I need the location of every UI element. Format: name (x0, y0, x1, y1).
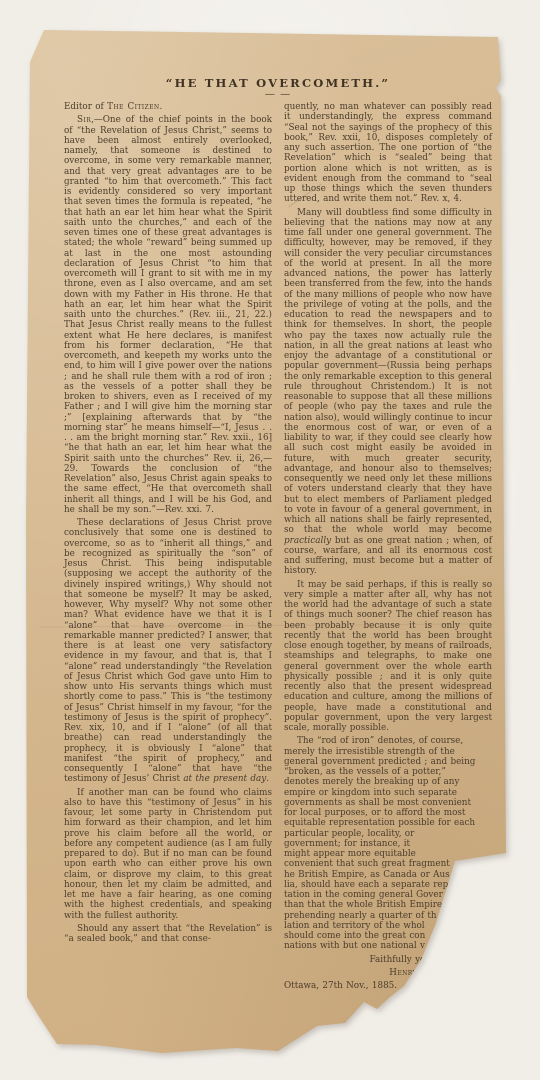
torn-line: than that the whole British Empire (284, 900, 492, 910)
paragraph: It may be said perhaps, if this is reall… (284, 580, 492, 734)
paragraph: These declarations of Jesus Christ prove… (64, 518, 272, 785)
title-divider: — — (64, 90, 492, 102)
torn-line: The “rod of iron” denotes, of course, (284, 736, 492, 746)
torn-line: government; for instance, it (284, 839, 492, 849)
torn-line: for local purposes, or to afford the mos… (284, 808, 492, 818)
dateline: Ottawa, 27th Nov., 1885. (284, 981, 492, 991)
closing: Faithfully yours, (284, 955, 492, 965)
torn-line: lation and territory of the whol (284, 921, 492, 931)
torn-line: lia, should have each a separate repr (284, 880, 492, 890)
newspaper-clipping: “HE THAT OVERCOMETH.” — — Editor of The … (0, 0, 540, 1080)
right-column: quently, no man whatever can possibly re… (284, 102, 492, 995)
signature: Henry Wentwo (284, 968, 492, 978)
torn-line: governments as shall be most convenient (284, 798, 492, 808)
torn-line: equitable representation possible for ea… (284, 818, 492, 828)
paragraph: Should any assert that “the Revelation” … (64, 924, 272, 945)
torn-line: nations with but one national v (284, 941, 492, 951)
paragraph: Sir,—One of the chief points in the book… (64, 115, 272, 515)
torn-line: empire or kingdom into such separate (284, 788, 492, 798)
small-caps-text: The Citizen (107, 102, 159, 112)
torn-line: might appear more equitable (284, 849, 492, 859)
paragraph: Many will doubtless find some difficulty… (284, 208, 492, 577)
article-title: “HE THAT OVERCOMETH.” (64, 76, 492, 90)
torn-line: particular people, locality, or (284, 829, 492, 839)
small-caps-text: Sir (77, 115, 91, 125)
torn-line: convenient that such great fragment (284, 859, 492, 869)
paragraph: If another man can be found who claims a… (64, 788, 272, 921)
torn-paragraph: The “rod of iron” denotes, of course,mer… (284, 736, 492, 951)
article-columns: Editor of The Citizen.Sir,—One of the ch… (64, 102, 492, 995)
torn-line: prehending nearly a quarter of th (284, 911, 492, 921)
torn-line: tation in the coming general Gover (284, 890, 492, 900)
torn-line: merely the irresistible strength of the (284, 747, 492, 757)
torn-line: should come into the great con (284, 931, 492, 941)
torn-line: denotes merely the breaking up of any (284, 777, 492, 787)
torn-line: “broken, as the vessels of a potter,” (284, 767, 492, 777)
torn-line: he British Empire, as Canada or Aus (284, 870, 492, 880)
article: “HE THAT OVERCOMETH.” — — Editor of The … (64, 76, 492, 995)
salutation: Editor of The Citizen. (64, 102, 272, 112)
paragraph: quently, no man whatever can possibly re… (284, 102, 492, 205)
scan-background: “HE THAT OVERCOMETH.” — — Editor of The … (0, 0, 540, 1080)
paper-shadow: “HE THAT OVERCOMETH.” — — Editor of The … (0, 0, 540, 1080)
torn-line: general government predicted ; and being (284, 757, 492, 767)
small-caps-text: Henry Wentwo (389, 968, 456, 978)
left-column: Editor of The Citizen.Sir,—One of the ch… (64, 102, 272, 995)
